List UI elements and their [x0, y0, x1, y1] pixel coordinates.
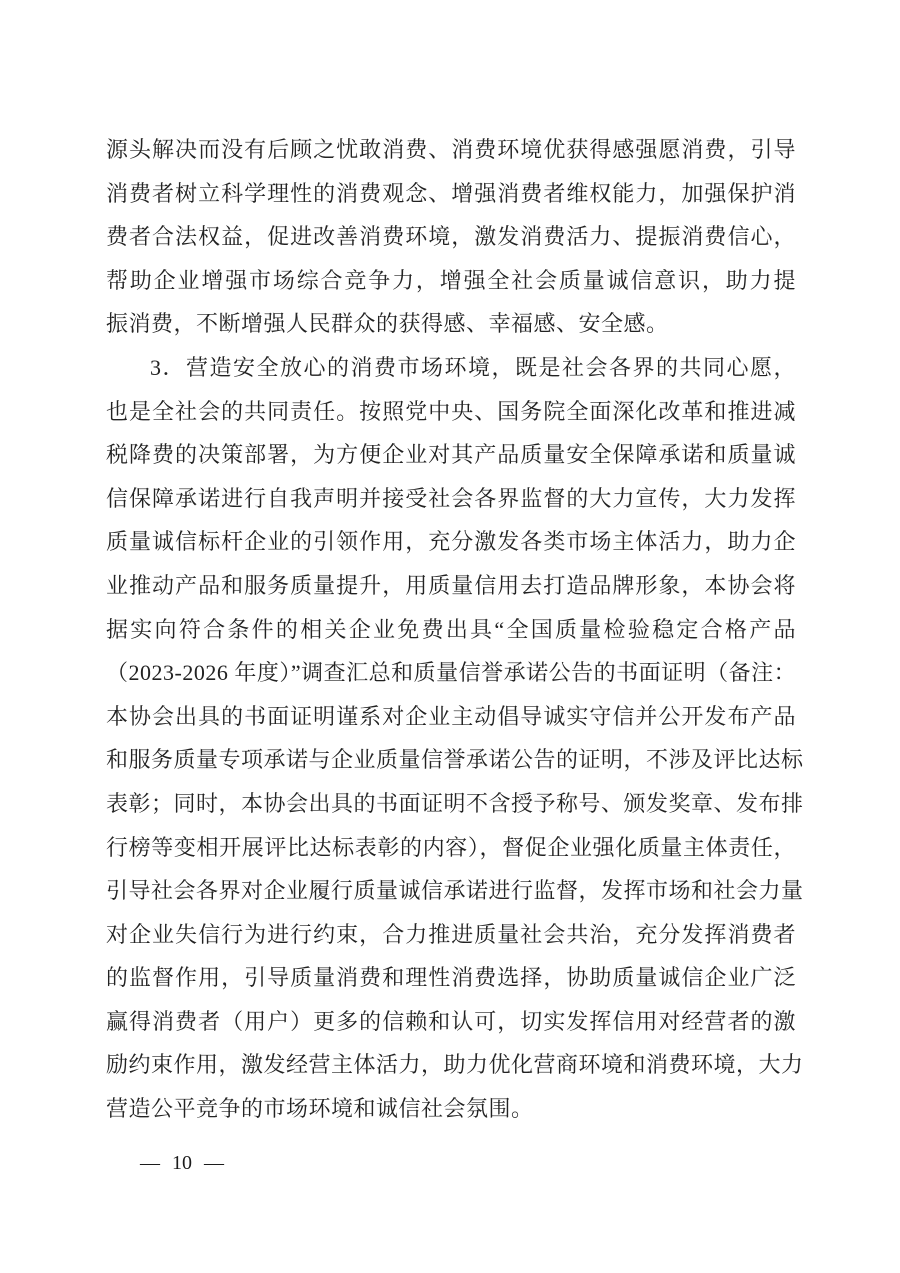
text-line: 和服务质量专项承诺与企业质量信誉承诺公告的证明，不涉及评比达标 — [106, 738, 796, 782]
text-line: 本协会出具的书面证明谨系对企业主动倡导诚实守信并公开发布产品 — [106, 695, 796, 739]
text-line: 业推动产品和服务质量提升，用质量信用去打造品牌形象，本协会将 — [106, 564, 796, 608]
text-line: 赢得消费者（用户）更多的信赖和认可，切实发挥信用对经营者的激 — [106, 1000, 796, 1044]
page-number: — 10 — — [140, 1150, 224, 1176]
text-line: 励约束作用，激发经营主体活力，助力优化营商环境和消费环境，大力 — [106, 1043, 796, 1087]
text-line: 消费者树立科学理性的消费观念、增强消费者维权能力，加强保护消 — [106, 172, 796, 216]
text-line: 的监督作用，引导质量消费和理性消费选择，协助质量诚信企业广泛 — [106, 956, 796, 1000]
text-line: （2023-2026 年度）”调查汇总和质量信誉承诺公告的书面证明（备注： — [106, 651, 796, 695]
text-line: 营造公平竞争的市场环境和诚信社会氛围。 — [106, 1087, 796, 1131]
text-line: 据实向符合条件的相关企业免费出具“全国质量检验稳定合格产品 — [106, 608, 796, 652]
text-line: 表彰；同时，本协会出具的书面证明不含授予称号、颁发奖章、发布排 — [106, 782, 796, 826]
text-line: 税降费的决策部署，为方便企业对其产品质量安全保障承诺和质量诚 — [106, 433, 796, 477]
text-line: 费者合法权益，促进改善消费环境，激发消费活力、提振消费信心， — [106, 215, 796, 259]
text-line: 质量诚信标杆企业的引领作用，充分激发各类市场主体活力，助力企 — [106, 520, 796, 564]
text-line: 3．营造安全放心的消费市场环境，既是社会各界的共同心愿， — [106, 346, 796, 390]
text-line: 源头解决而没有后顾之忧敢消费、消费环境优获得感强愿消费，引导 — [106, 128, 796, 172]
text-line: 帮助企业增强市场综合竞争力，增强全社会质量诚信意识，助力提 — [106, 259, 796, 303]
text-line: 引导社会各界对企业履行质量诚信承诺进行监督，发挥市场和社会力量 — [106, 869, 796, 913]
text-line: 也是全社会的共同责任。按照党中央、国务院全面深化改革和推进减 — [106, 390, 796, 434]
text-line: 行榜等变相开展评比达标表彰的内容），督促企业强化质量主体责任， — [106, 826, 796, 870]
text-line: 对企业失信行为进行约束，合力推进质量社会共治，充分发挥消费者 — [106, 913, 796, 957]
text-line: 振消费，不断增强人民群众的获得感、幸福感、安全感。 — [106, 302, 796, 346]
document-page: 源头解决而没有后顾之忧敢消费、消费环境优获得感强愿消费，引导 消费者树立科学理性… — [0, 0, 900, 1273]
text-line: 信保障承诺进行自我声明并接受社会各界监督的大力宣传，大力发挥 — [106, 477, 796, 521]
text-block: 源头解决而没有后顾之忧敢消费、消费环境优获得感强愿消费，引导 消费者树立科学理性… — [106, 128, 796, 1131]
